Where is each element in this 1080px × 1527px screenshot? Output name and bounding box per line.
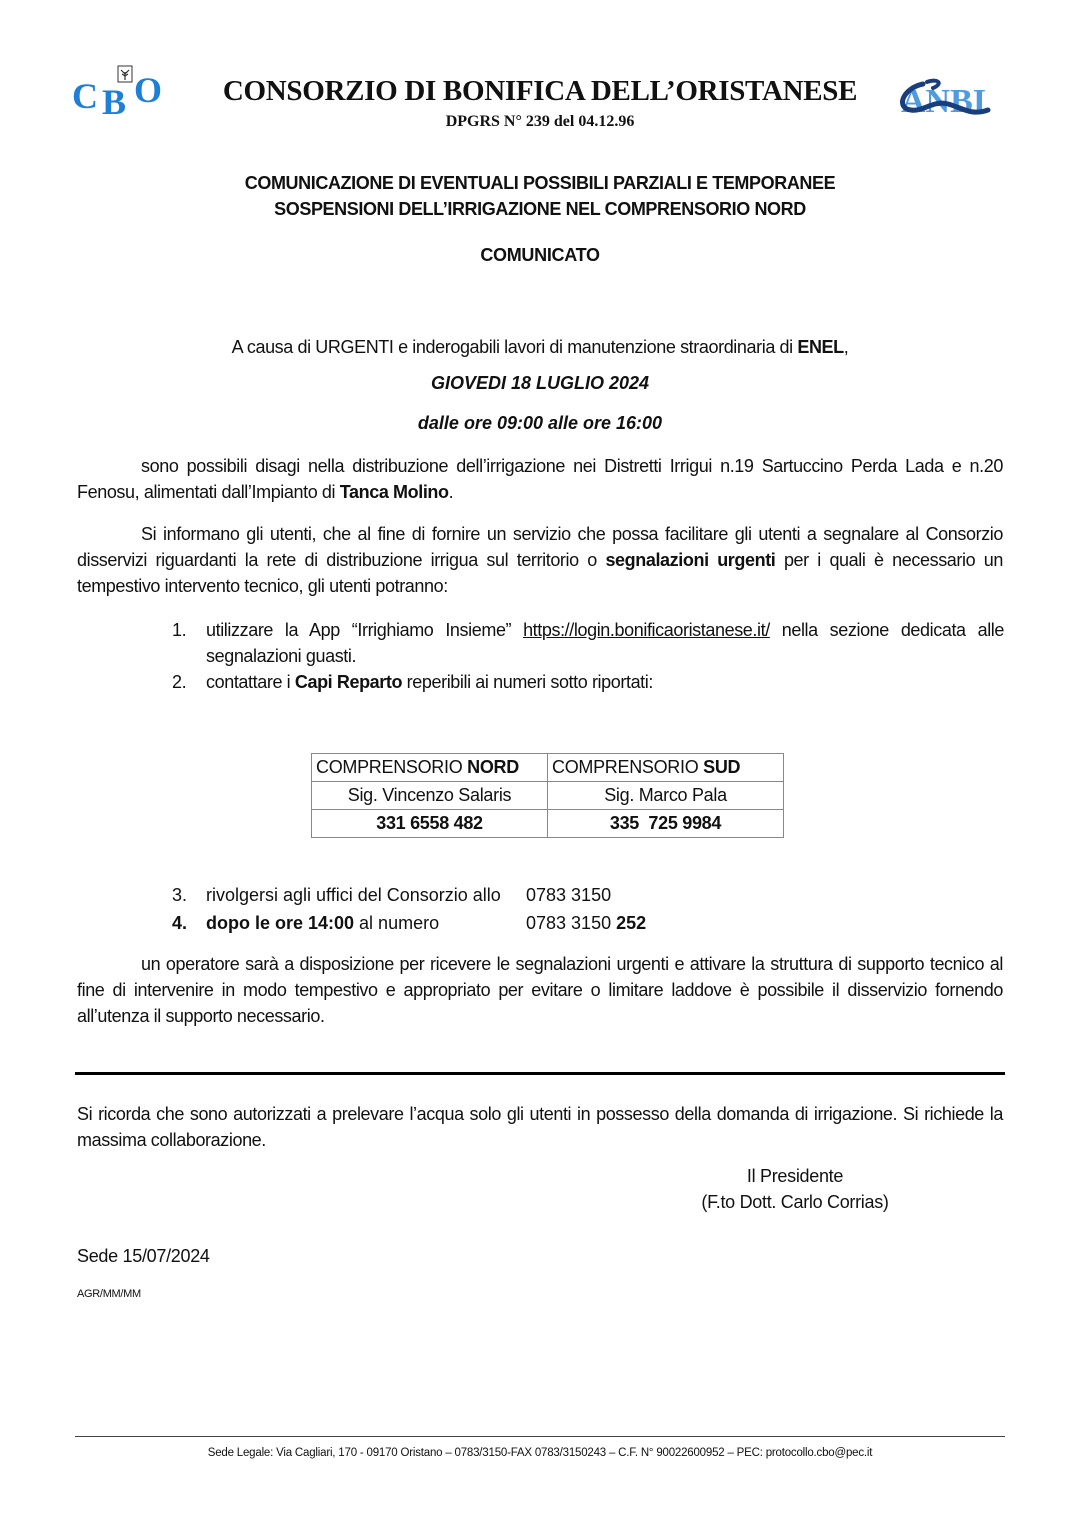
table-row: Sig. Vincenzo Salaris Sig. Marco Pala bbox=[312, 782, 784, 810]
event-time: dalle ore 09:00 alle ore 16:00 bbox=[140, 413, 940, 434]
intro-text-end: , bbox=[844, 337, 849, 357]
list-number: 4. bbox=[172, 909, 206, 937]
table-row: 331 6558 482 335 725 9984 bbox=[312, 810, 784, 838]
office-phone: 0783 3150 bbox=[526, 881, 611, 909]
place-date: Sede 15/07/2024 bbox=[77, 1246, 210, 1267]
list-number: 3. bbox=[172, 881, 206, 909]
list-item: 4. dopo le ore 14:00 al numero 0783 3150… bbox=[172, 909, 1004, 937]
list-text: contattare i Capi Reparto reperibili ai … bbox=[206, 669, 1004, 695]
list-text: dopo le ore 14:00 al numero bbox=[206, 909, 526, 937]
table-row: COMPRENSORIO NORD COMPRENSORIO SUD bbox=[312, 754, 784, 782]
contacts-table: COMPRENSORIO NORD COMPRENSORIO SUD Sig. … bbox=[311, 753, 784, 838]
signature-role: Il Presidente bbox=[650, 1163, 940, 1189]
app-login-link[interactable]: https://login.bonificaoristanese.it/ bbox=[523, 620, 770, 640]
paragraph-operator: un operatore sarà a disposizione per ric… bbox=[77, 951, 1003, 1029]
signature-block: Il Presidente (F.to Dott. Carlo Corrias) bbox=[650, 1163, 940, 1215]
svg-text:C: C bbox=[72, 76, 98, 116]
para1-text-end: . bbox=[449, 482, 454, 502]
reminder-paragraph: Si ricorda che sono autorizzati a prelev… bbox=[77, 1101, 1003, 1153]
svg-text:B: B bbox=[102, 82, 126, 119]
para2-bold: segnalazioni urgenti bbox=[605, 550, 775, 570]
list-number: 2. bbox=[172, 669, 206, 695]
intro-text: A causa di URGENTI e inderogabili lavori… bbox=[232, 337, 798, 357]
contact-phone-sud: 335 725 9984 bbox=[548, 810, 784, 838]
reference-code: AGR/MM/MM bbox=[77, 1288, 141, 1300]
document-subtitle: COMUNICATO bbox=[140, 245, 940, 266]
contact-name-nord: Sig. Vincenzo Salaris bbox=[312, 782, 548, 810]
after-hours-phone: 0783 3150 252 bbox=[526, 909, 646, 937]
svg-text:O: O bbox=[134, 70, 162, 110]
list-item: 2. contattare i Capi Reparto reperibili … bbox=[172, 669, 1004, 695]
anbi-logo-icon: ANBI bbox=[893, 70, 998, 125]
list-text-before: utilizzare la App “Irrighiamo Insieme” bbox=[206, 620, 523, 640]
list-text-before: contattare i bbox=[206, 672, 295, 692]
table-header-nord: COMPRENSORIO NORD bbox=[312, 754, 548, 782]
paragraph-districts: sono possibili disagi nella distribuzion… bbox=[77, 453, 1003, 505]
event-date: GIOVEDI 18 LUGLIO 2024 bbox=[140, 373, 940, 394]
signature-name: (F.to Dott. Carlo Corrias) bbox=[650, 1189, 940, 1215]
list-item: 1. utilizzare la App “Irrighiamo Insieme… bbox=[172, 617, 1004, 669]
list-text: utilizzare la App “Irrighiamo Insieme” h… bbox=[206, 617, 1004, 669]
list-text-after: reperibili ai numeri sotto riportati: bbox=[402, 672, 653, 692]
paragraph-info: Si informano gli utenti, che al fine di … bbox=[77, 521, 1003, 599]
options-list: 1. utilizzare la App “Irrighiamo Insieme… bbox=[172, 617, 1004, 695]
organization-name: CONSORZIO DI BONIFICA DELL’ORISTANESE bbox=[200, 75, 880, 108]
intro-bold: ENEL bbox=[797, 337, 843, 357]
para1-bold: Tanca Molino bbox=[340, 482, 449, 502]
para3-text: un operatore sarà a disposizione per ric… bbox=[77, 954, 1003, 1026]
list-number: 1. bbox=[172, 617, 206, 669]
para1-text: sono possibili disagi nella distribuzion… bbox=[77, 456, 1003, 502]
organization-decree: DPGRS N° 239 del 04.12.96 bbox=[200, 113, 880, 131]
intro-paragraph: A causa di URGENTI e inderogabili lavori… bbox=[140, 334, 940, 360]
footer-legal: Sede Legale: Via Cagliari, 170 - 09170 O… bbox=[75, 1447, 1005, 1459]
list-bold: Capi Reparto bbox=[295, 672, 402, 692]
cbo-logo-icon: C B O bbox=[70, 64, 185, 119]
document-title: COMUNICAZIONE DI EVENTUALI POSSIBILI PAR… bbox=[140, 170, 940, 222]
office-contacts-list: 3. rivolgersi agli uffici del Consorzio … bbox=[172, 881, 1004, 937]
title-line-2: SOSPENSIONI DELL’IRRIGAZIONE NEL COMPREN… bbox=[140, 196, 940, 222]
list-text: rivolgersi agli uffici del Consorzio all… bbox=[206, 881, 526, 909]
contact-name-sud: Sig. Marco Pala bbox=[548, 782, 784, 810]
title-line-1: COMUNICAZIONE DI EVENTUALI POSSIBILI PAR… bbox=[140, 170, 940, 196]
list-item: 3. rivolgersi agli uffici del Consorzio … bbox=[172, 881, 1004, 909]
footer-divider bbox=[75, 1436, 1005, 1437]
section-divider bbox=[75, 1072, 1005, 1075]
table-header-sud: COMPRENSORIO SUD bbox=[548, 754, 784, 782]
contact-phone-nord: 331 6558 482 bbox=[312, 810, 548, 838]
